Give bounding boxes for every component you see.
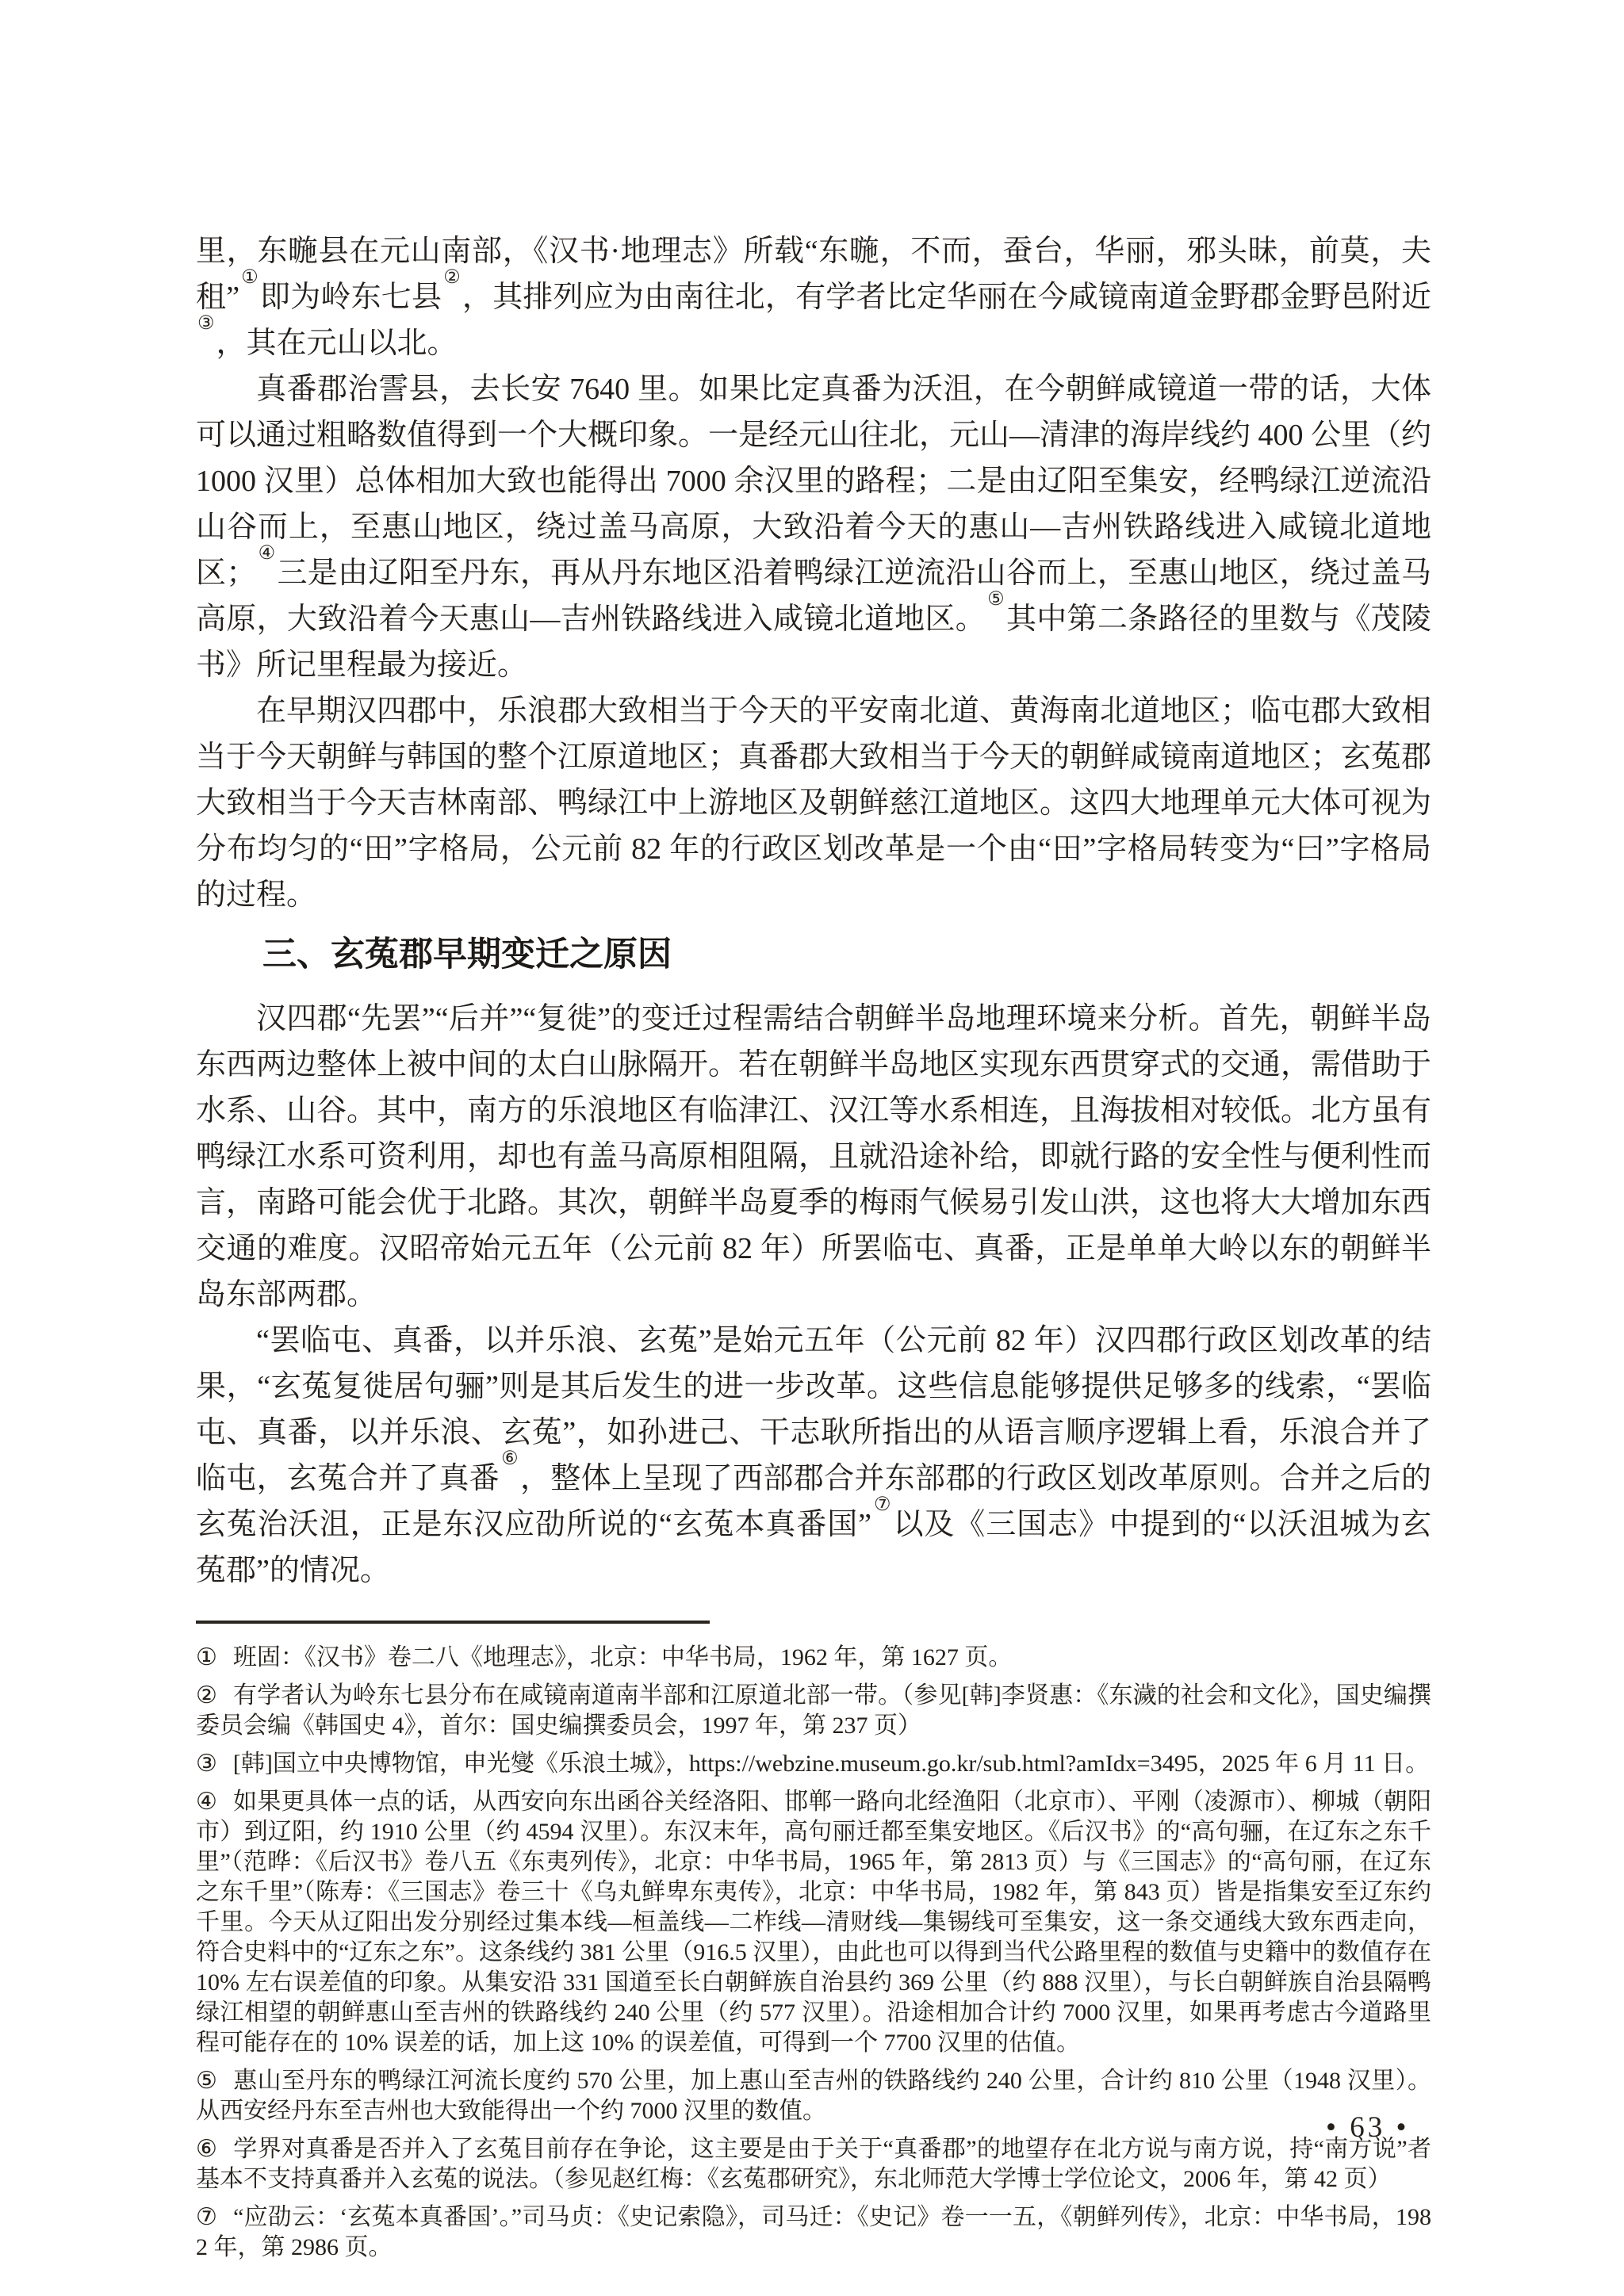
footnote-4: ④如果更具体一点的话，从西安向东出函谷关经洛阳、邯郸一路向北经渔阳（北京市）、平… xyxy=(196,1787,1431,2058)
document-page: 里，东暆县在元山南部，《汉书·地理志》所载“东暆，不而，蚕台，华丽，邪头昧，前莫… xyxy=(0,0,1624,2296)
footnote-text: 有学者认为岭东七县分布在咸镜南道南半部和江原道北部一带。（参见[韩]李贤惠：《东… xyxy=(196,1682,1431,1739)
footnote-5: ⑤惠山至丹东的鸭绿江河流长度约 570 公里，加上惠山至吉州的铁路线约 240 … xyxy=(196,2066,1431,2126)
footnote-marker: ⑤ xyxy=(196,2068,217,2094)
paragraph: 在早期汉四郡中，乐浪郡大致相当于今天的平安南北道、黄海南北道地区；临屯郡大致相当… xyxy=(196,688,1431,918)
footnote-text: 班固：《汉书》卷二八《地理志》，北京：中华书局，1962 年，第 1627 页。 xyxy=(233,1644,1013,1670)
footnote-marker: ① xyxy=(196,1644,217,1670)
footnote-text: “应劭云：‘玄菟本真番国’。”司马贞：《史记索隐》，司马迁：《史记》卷一一五，《… xyxy=(196,2204,1431,2260)
page-number: • 63 • xyxy=(1326,2110,1409,2145)
footnote-marker: ③ xyxy=(196,1751,217,1777)
text-run: 在早期汉四郡中，乐浪郡大致相当于今天的平安南北道、黄海南北道地区；临屯郡大致相当… xyxy=(196,695,1431,912)
footnote-marker: ② xyxy=(196,1682,217,1709)
paragraph-continuation: 里，东暆县在元山南部，《汉书·地理志》所载“东暆，不而，蚕台，华丽，邪头昧，前莫… xyxy=(196,228,1431,366)
footnote-text: 惠山至丹东的鸭绿江河流长度约 570 公里，加上惠山至吉州的铁路线约 240 公… xyxy=(196,2068,1431,2124)
paragraph: 真番郡治霅县，去长安 7640 里。如果比定真番为沃沮，在今朝鲜咸镜道一带的话，… xyxy=(196,366,1431,688)
footnote-2: ②有学者认为岭东七县分布在咸镜南道南半部和江原道北部一带。（参见[韩]李贤惠：《… xyxy=(196,1681,1431,1741)
paragraph: “罢临屯、真番，以并乐浪、玄菟”是始元五年（公元前 82 年）汉四郡行政区划改革… xyxy=(196,1318,1431,1594)
footnote-text: 如果更具体一点的话，从西安向东出函谷关经洛阳、邯郸一路向北经渔阳（北京市）、平刚… xyxy=(196,1789,1431,2056)
footnote-ref-5: ⑤ xyxy=(987,589,1005,610)
footnote-ref-7: ⑦ xyxy=(873,1494,891,1515)
footnote-7: ⑦“应劭云：‘玄菟本真番国’。”司马贞：《史记索隐》，司马迁：《史记》卷一一五，… xyxy=(196,2202,1431,2263)
paragraph: 汉四郡“先罢”“后并”“复徙”的变迁过程需结合朝鲜半岛地理环境来分析。首先，朝鲜… xyxy=(196,996,1431,1318)
footnote-ref-2: ② xyxy=(443,267,461,288)
footnote-marker: ④ xyxy=(196,1789,217,1815)
footnote-text: [韩]国立中央博物馆，申光燮《乐浪土城》，https://webzine.mus… xyxy=(233,1751,1429,1777)
main-text: 里，东暆县在元山南部，《汉书·地理志》所载“东暆，不而，蚕台，华丽，邪头昧，前莫… xyxy=(196,228,1431,1594)
footnote-separator xyxy=(196,1621,710,1624)
footnote-ref-4: ④ xyxy=(258,543,275,564)
text-run: ，其在元山以北。 xyxy=(216,327,458,360)
text-run: ，其排列应为由南往北，有学者比定华丽在今咸镜南道金野郡金野邑附近 xyxy=(462,281,1431,314)
section-heading: 三、玄菟郡早期变迁之原因 xyxy=(196,932,1431,977)
text-run: 即为岭东七县 xyxy=(260,281,442,314)
footnotes-section: ①班固：《汉书》卷二八《地理志》，北京：中华书局，1962 年，第 1627 页… xyxy=(196,1643,1431,2263)
footnote-ref-1: ① xyxy=(241,267,259,288)
footnote-ref-6: ⑥ xyxy=(501,1448,519,1469)
footnote-marker: ⑥ xyxy=(196,2136,217,2162)
footnote-6: ⑥学界对真番是否并入了玄菟目前存在争论，这主要是由于关于“真番郡”的地望存在北方… xyxy=(196,2134,1431,2195)
text-run: 汉四郡“先罢”“后并”“复徙”的变迁过程需结合朝鲜半岛地理环境来分析。首先，朝鲜… xyxy=(196,1002,1431,1311)
footnote-text: 学界对真番是否并入了玄菟目前存在争论，这主要是由于关于“真番郡”的地望存在北方说… xyxy=(196,2136,1431,2192)
footnote-marker: ⑦ xyxy=(196,2204,217,2230)
footnote-ref-3: ③ xyxy=(197,313,215,334)
text-block: 里，东暆县在元山南部，《汉书·地理志》所载“东暆，不而，蚕台，华丽，邪头昧，前莫… xyxy=(196,228,1431,2271)
footnote-3: ③[韩]国立中央博物馆，申光燮《乐浪土城》，https://webzine.mu… xyxy=(196,1749,1431,1779)
footnote-1: ①班固：《汉书》卷二八《地理志》，北京：中华书局，1962 年，第 1627 页… xyxy=(196,1643,1431,1673)
